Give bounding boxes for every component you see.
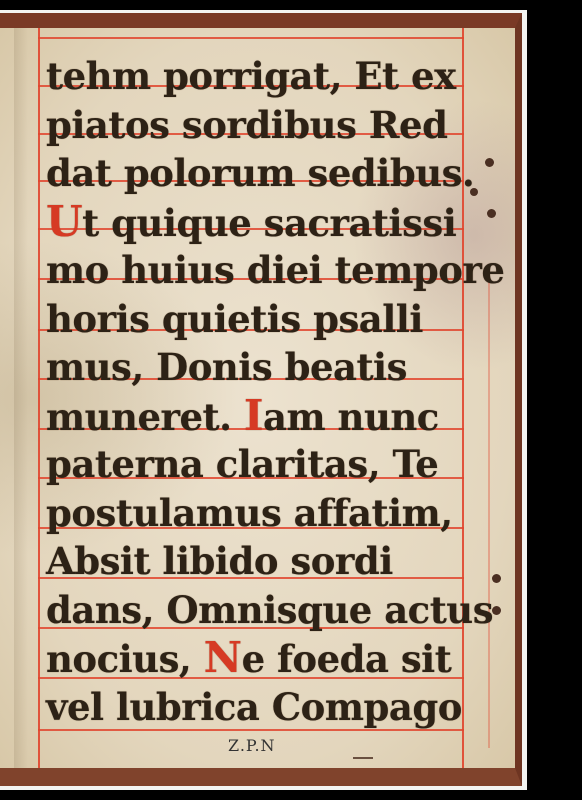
left-margin-rule [38,28,40,786]
text-line: horis quietis psalli [46,295,486,344]
outer-margin-rule [488,268,490,748]
line-text: dans, Omnisque actus [46,588,493,632]
rubric-initial: U [46,197,82,246]
line-text: nocius, [46,637,191,681]
ink-stain [492,606,501,615]
rubric-initial: N [204,633,242,682]
line-text: t quique sacratissi [82,201,456,245]
line-text: mo huius diei tempore [46,248,504,292]
ink-stain [470,188,478,196]
manuscript-leaf: tehm porrigat, Et ex piatos sordibus Red… [0,13,522,786]
text-line: mus, Donis beatis [46,343,486,392]
line-text: postulamus affatim, [46,491,453,535]
text-line: nocius, Ne foeda sit [46,634,486,683]
text-line: piatos sordibus Red [46,101,486,150]
signature-mark: Z.P.N [228,736,276,755]
line-text: paterna claritas, Te [46,442,438,486]
line-text: horis quietis psalli [46,297,423,341]
pencil-mark [353,757,373,759]
line-text: vel lubrica Compago [46,685,462,729]
ink-stain [492,574,501,583]
line-text: Absit libido sordi [46,539,393,583]
text-line: vel lubrica Compago [46,683,486,732]
line-text: piatos sordibus Red [46,103,447,147]
text-line: dans, Omnisque actus [46,586,486,635]
text-block: tehm porrigat, Et ex piatos sordibus Red… [46,52,486,731]
text-line: paterna claritas, Te [46,440,486,489]
rubric-initial: I [244,391,263,440]
text-line: Absit libido sordi [46,537,486,586]
line-text: tehm porrigat, Et ex [46,54,456,98]
line-text: am nunc [263,395,439,439]
text-line: muneret. Iam nunc [46,392,486,441]
text-line: tehm porrigat, Et ex [46,52,486,101]
ink-stain [487,209,496,218]
line-text: e foeda sit [242,637,452,681]
ink-stain [485,158,494,167]
ruling-line [38,37,464,39]
text-line: postulamus affatim, [46,489,486,538]
binding-fold [14,28,28,768]
line-text: muneret. [46,395,232,439]
text-line: mo huius diei tempore [46,246,486,295]
line-text: dat polorum sedibus. [46,151,474,195]
line-text: mus, Donis beatis [46,345,407,389]
text-line: dat polorum sedibus. [46,149,486,198]
text-line: Ut quique sacratissi [46,198,486,247]
